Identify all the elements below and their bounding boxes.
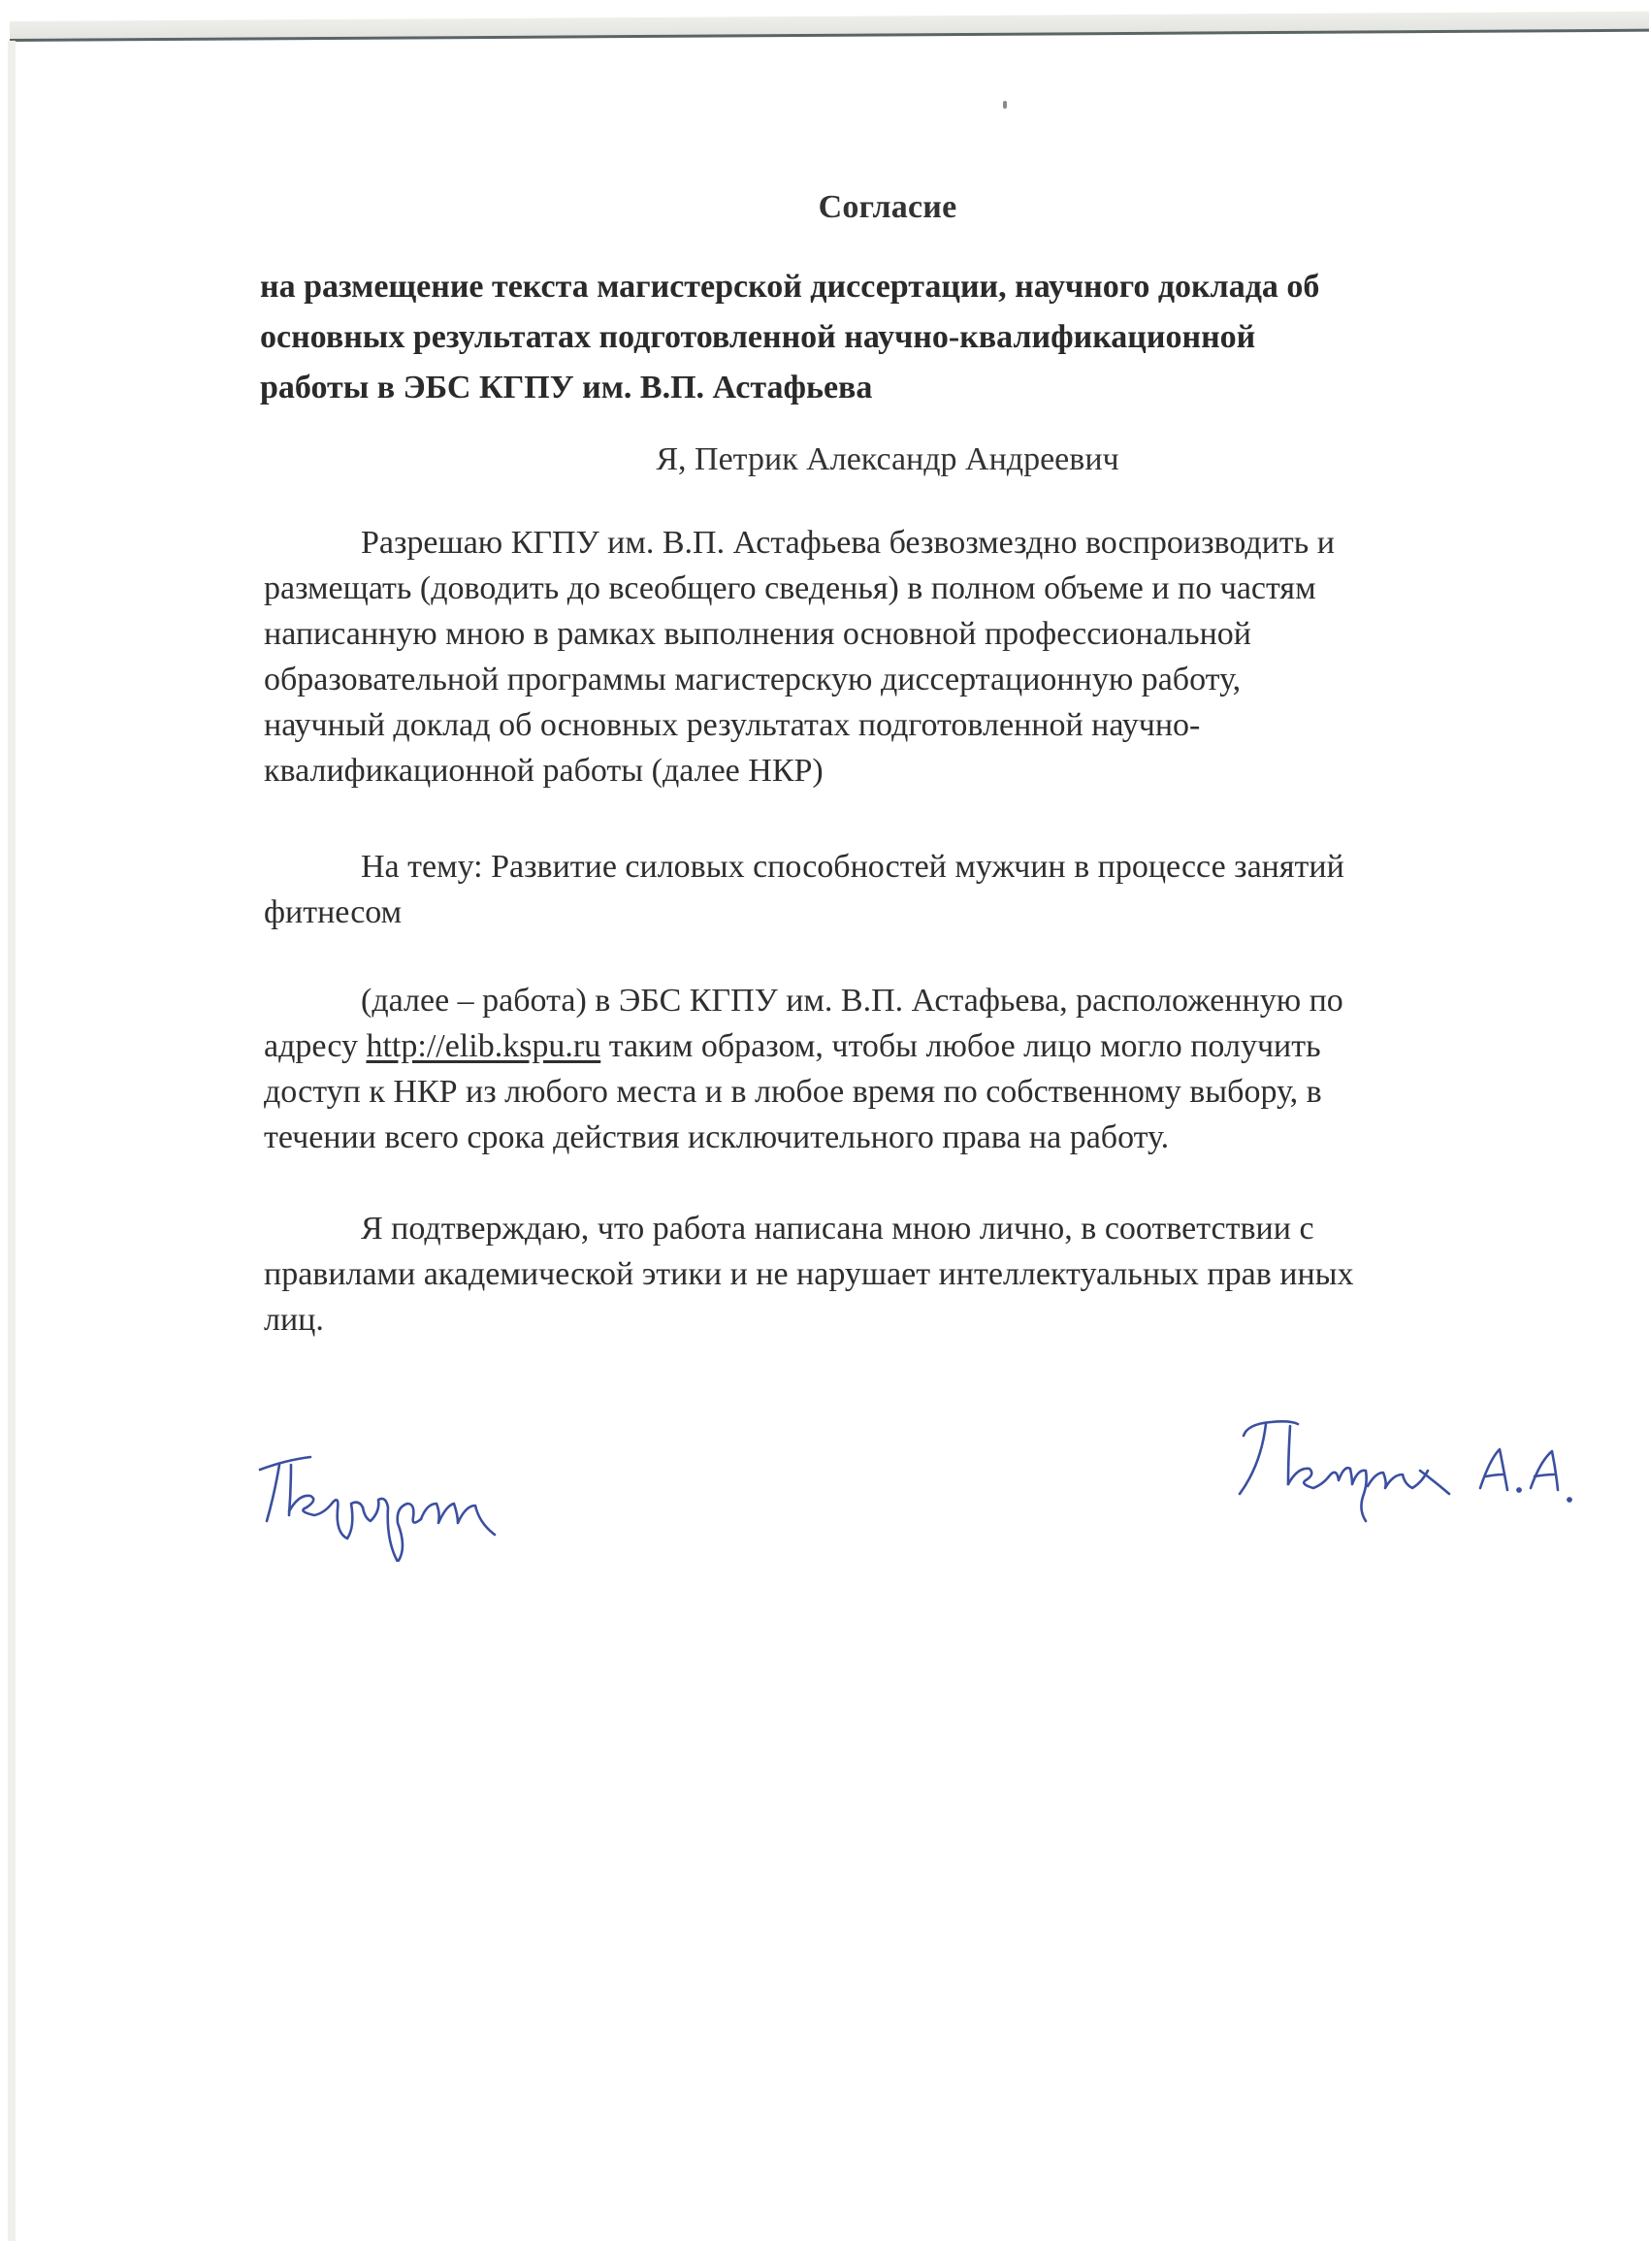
document-subtitle: на размещение текста магистерской диссер… [260, 262, 1521, 413]
signature-right-icon [1212, 1407, 1591, 1523]
paragraph-line: (далее – работа) в ЭБС КГПУ им. В.П. Аст… [264, 978, 1544, 1023]
paragraph-line: фитнесом [264, 890, 1544, 935]
text-fragment: таким образом, чтобы любое лицо могло по… [600, 1028, 1320, 1064]
paragraph-line: Разрешаю КГПУ им. В.П. Астафьева безвозм… [264, 520, 1544, 566]
paragraph-line: квалификационной работы (далее НКР) [264, 748, 1544, 794]
subtitle-line: основных результатах подготовленной науч… [260, 312, 1521, 363]
paragraph-line: адресу http://elib.kspu.ru таким образом… [264, 1023, 1544, 1069]
paragraph-line: На тему: Развитие силовых способностей м… [264, 844, 1544, 890]
paragraph-line: Я подтверждаю, что работа написана мною … [264, 1206, 1544, 1251]
confirmation-paragraph: Я подтверждаю, что работа написана мною … [264, 1206, 1544, 1343]
subtitle-line: работы в ЭБС КГПУ им. В.П. Астафьева [260, 363, 1521, 413]
paragraph-line: научный доклад об основных результатах п… [264, 702, 1544, 748]
signature-left-icon [242, 1426, 563, 1562]
paragraph-line: доступ к НКР из любого места и в любое в… [264, 1069, 1544, 1115]
paragraph-line: образовательной программы магистерскую д… [264, 657, 1544, 702]
page-left-edge [8, 41, 16, 2241]
declarant-name: Я, Петрик Александр Андреевич [0, 441, 1649, 478]
paragraph-line: размещать (доводить до всеобщего сведень… [264, 566, 1544, 611]
topic-paragraph: На тему: Развитие силовых способностей м… [264, 844, 1544, 935]
elib-link[interactable]: http://elib.kspu.ru [366, 1028, 600, 1064]
placement-paragraph: (далее – работа) в ЭБС КГПУ им. В.П. Аст… [264, 978, 1544, 1160]
paragraph-line: правилами академической этики и не наруш… [264, 1251, 1544, 1297]
paragraph-line: написанную мною в рамках выполнения осно… [264, 611, 1544, 657]
scan-speck [1003, 101, 1007, 109]
paragraph-line: течении всего срока действия исключитель… [264, 1115, 1544, 1160]
document-title: Согласие [0, 189, 1649, 226]
paragraph-line: лиц. [264, 1297, 1544, 1343]
text-fragment: адресу [264, 1028, 366, 1064]
permission-paragraph: Разрешаю КГПУ им. В.П. Астафьева безвозм… [264, 520, 1544, 794]
subtitle-line: на размещение текста магистерской диссер… [260, 262, 1521, 312]
